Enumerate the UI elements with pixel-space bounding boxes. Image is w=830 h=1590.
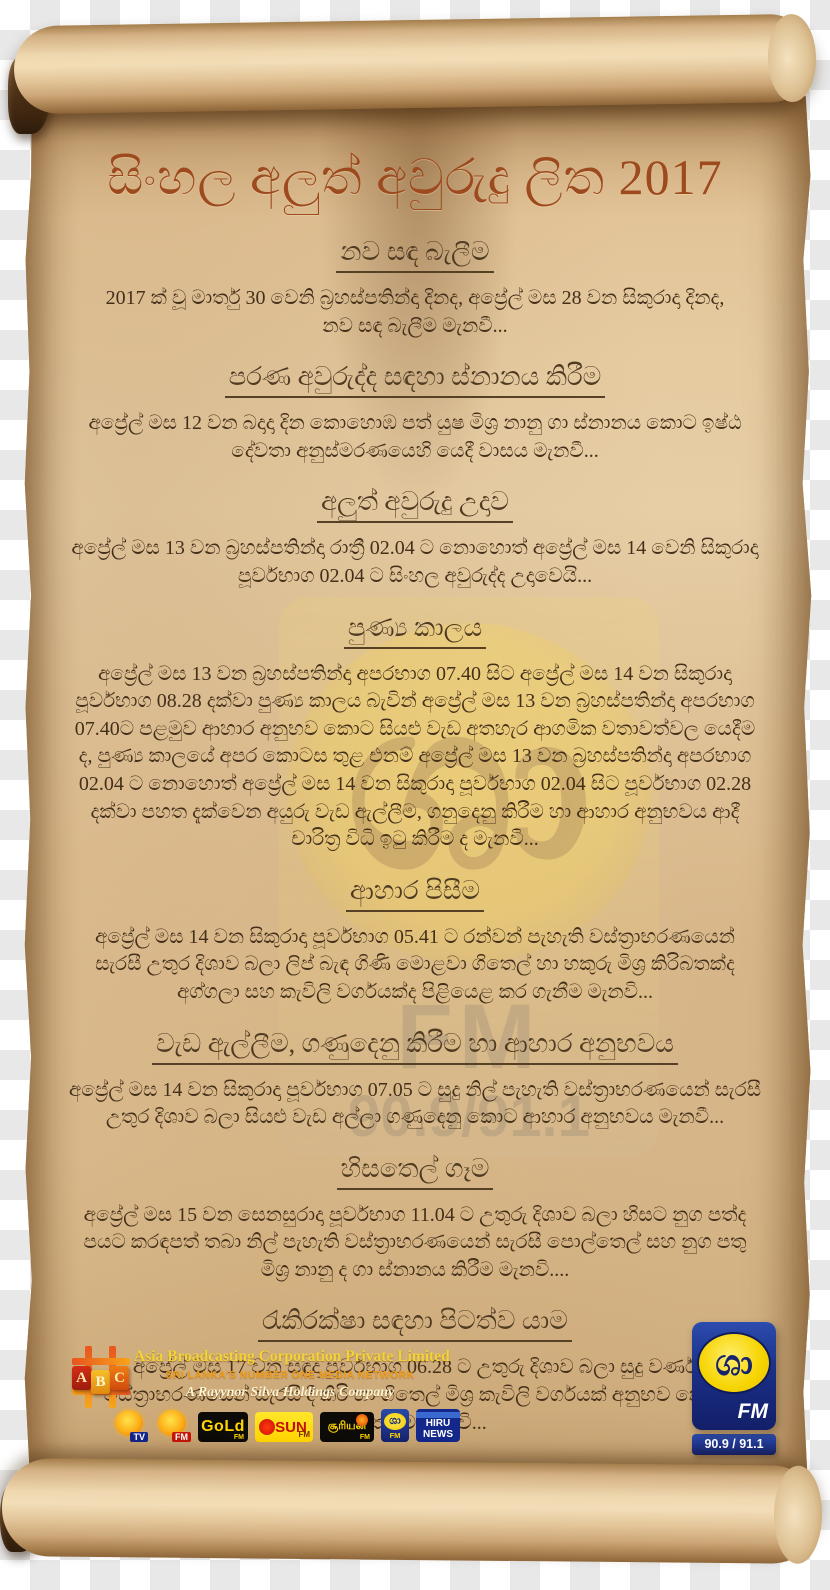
section-heading: වැඩ ඇල්ලීම, ගණුදෙනු කිරීම හා ආහාර අනුභවය	[152, 1029, 678, 1065]
section-body: අප්‍රේල් මස 13 වන බ්‍රහස්පතින්දා රාත්‍රී…	[67, 535, 764, 590]
section-body: අප්‍රේල් මස 13 වන බ්‍රහස්පතින්දා අපරභාග …	[67, 661, 764, 854]
shaa-glyph: ශා	[697, 1332, 771, 1394]
section-cooking: ආහාර පිසීම අප්‍රේල් මස 14 වන සිකුරාදා පූ…	[64, 876, 766, 1007]
abc-holdings-line: A Rayynor Silva Holdings Company	[134, 1385, 446, 1401]
section-heading: පුණ්‍ය කාලය	[344, 613, 486, 649]
litha-content: සිංහල අලුත් අවුරුදු ලිත 2017 නව සඳ බැලීම…	[64, 136, 766, 1443]
sooriyan-fm-logo: சூரியன் FM	[320, 1412, 374, 1442]
section-punya-kalaya: පුණ්‍ය කාලය අප්‍රේල් මස 13 වන බ්‍රහස්පති…	[64, 613, 766, 854]
hiru-fm-logo: FM	[155, 1408, 191, 1442]
scroll-bottom-roll	[2, 1458, 821, 1564]
section-body: අප්‍රේල් මස 12 වන බදාදා දින කොහොඹ පත් යු…	[67, 410, 764, 465]
sun-fm-logo: SUN FM	[255, 1412, 313, 1442]
sun-icon	[259, 1419, 275, 1435]
gold-fm-sub: FM	[234, 1434, 244, 1441]
sooriyan-fm-sub: FM	[360, 1434, 370, 1441]
scroll-poster: ශා FM 90.9/91.1 සිංහල අලුත් අවුරුදු ලිත …	[0, 0, 830, 1590]
abc-hash-bar	[72, 1358, 130, 1365]
hiru-news-logo: HIRU NEWS	[416, 1409, 460, 1442]
sun-fm-sub: FM	[298, 1430, 310, 1439]
abc-tile-a: A	[72, 1366, 91, 1390]
section-heading: පරණ අවුරුද්ද සඳහා ස්නානය කිරීම	[225, 362, 606, 398]
abc-text-block: Asia Broadcasting Corporation Private Li…	[134, 1348, 446, 1401]
abc-tile-c: C	[110, 1366, 129, 1390]
section-body: අප්‍රේල් මස 14 වන සිකුරාදා පූර්වභාග 05.4…	[85, 924, 745, 1007]
scroll-top-roll	[13, 14, 814, 115]
hiru-news-label: HIRU NEWS	[421, 1418, 455, 1440]
shaa-fm-main-logo: ශා FM 90.9 / 91.1	[692, 1322, 776, 1455]
section-anointing-oil: හිසතෙල් ගෑම අප්‍රේල් මස 15 වන සෙනසුරාදා …	[64, 1154, 766, 1285]
shaa-fm-glyph: ශා	[384, 1413, 406, 1430]
abc-tagline: SRI LANKA'S NUMBER ONE MEDIA NETWORK	[134, 1369, 446, 1381]
hiru-fm-label: FM	[172, 1432, 191, 1442]
section-body: අප්‍රේල් මස 14 වන සිකුරාදා පූර්වභාග 07.0…	[67, 1077, 764, 1132]
shaa-frequency-band: 90.9 / 91.1	[692, 1434, 776, 1455]
section-heading: නව සඳ බැලීම	[336, 237, 493, 273]
shaa-fm-text: FM	[738, 1400, 768, 1424]
station-logos-row: TV FM GoLd FM SUN FM சூரியன் FM ශා FM HI…	[112, 1404, 460, 1442]
abc-tile-b: B	[91, 1370, 110, 1394]
shaa-fm-small-logo: ශා FM	[381, 1409, 409, 1442]
section-new-year-dawn: අලුත් අවුරුදු උදාව අප්‍රේල් මස 13 වන බ්‍…	[64, 487, 766, 590]
shaa-fm-sub: FM	[390, 1431, 401, 1440]
abc-company-name: Asia Broadcasting Corporation Private Li…	[134, 1348, 446, 1366]
section-body: 2017 ක් වූ මාර්තු 30 වෙනි බ්‍රහස්පතින්දා…	[105, 285, 725, 340]
page-title: සිංහල අලුත් අවුරුදු ලිත 2017	[64, 148, 766, 207]
abc-logo: A B C	[72, 1346, 130, 1408]
gold-fm-logo: GoLd FM	[198, 1412, 248, 1442]
section-heading: ආහාර පිසීම	[346, 876, 484, 912]
shaa-fm-badge: ශා FM	[692, 1322, 776, 1430]
section-body: අප්‍රේල් මස 15 වන සෙනසුරාදා පූර්වභාග 11.…	[75, 1202, 755, 1285]
hiru-tv-logo: TV	[112, 1408, 148, 1442]
section-new-moon: නව සඳ බැලීම 2017 ක් වූ මාර්තු 30 වෙනි බ්…	[64, 237, 766, 340]
hiru-tv-label: TV	[130, 1432, 148, 1442]
section-bathing-old-year: පරණ අවුරුද්ද සඳහා ස්නානය කිරීම අප්‍රේල් …	[64, 362, 766, 465]
section-heading: අලුත් අවුරුදු උදාව	[317, 487, 513, 523]
section-heading: හිසතෙල් ගෑම	[337, 1154, 494, 1190]
sun-icon	[356, 1414, 368, 1426]
section-work-transactions: වැඩ ඇල්ලීම, ගණුදෙනු කිරීම හා ආහාර අනුභවය…	[64, 1029, 766, 1132]
